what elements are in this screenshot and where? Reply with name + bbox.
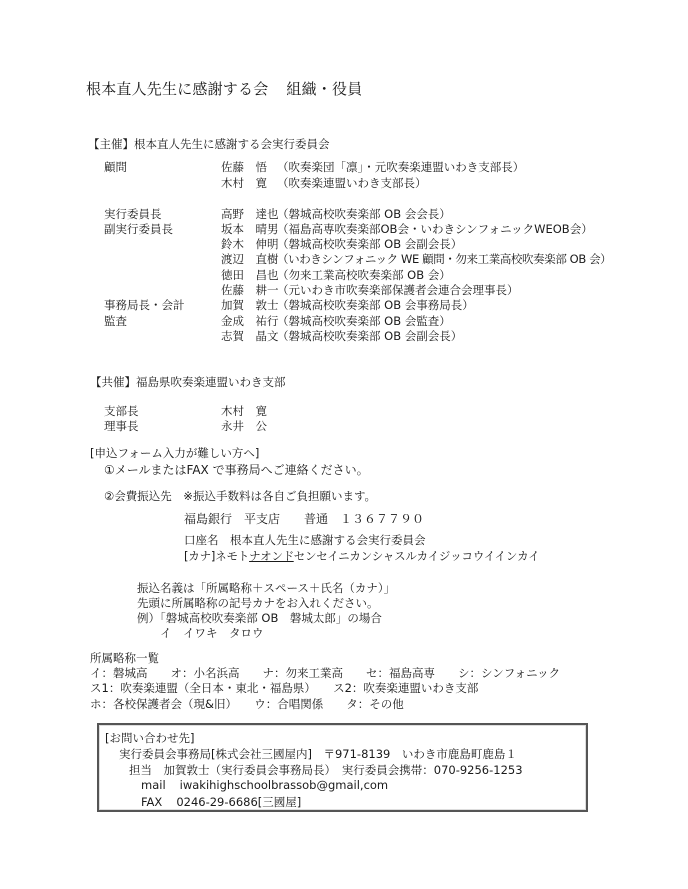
member-name: 高野 達也 bbox=[221, 207, 279, 222]
role-label: 副実行委員長 bbox=[104, 222, 173, 237]
transfer-note: 振込名義は「所属略称＋スペース＋氏名（カナ）」 bbox=[137, 581, 395, 597]
organizer-heading: 【主催】根本直人先生に感謝する会実行委員会 bbox=[88, 136, 330, 152]
contact-office: 実行委員会事務局[株式会社三國屋内] 〒971-8139 いわき市鹿島町鹿島１ bbox=[119, 746, 517, 762]
page-title-sub: 組織・役員 bbox=[286, 80, 362, 98]
contact-mail: mailiwakihighschoolbrassob@gmail,com bbox=[141, 778, 388, 792]
member-name: 鈴木 伸明 bbox=[221, 237, 279, 252]
fax-number: 0246-29-6686[三國屋] bbox=[176, 795, 301, 809]
member-name: 志賀 晶文 bbox=[221, 329, 279, 344]
member-affiliation: （磐城高校吹奏楽部 OB 会副会長） bbox=[277, 329, 462, 344]
member-affiliation: （元いわき市吹奏楽部保護者会連合会理事長） bbox=[277, 283, 519, 298]
member-affiliation: （勿来工業高校吹奏楽部 OB 会） bbox=[277, 268, 451, 283]
mail-label: mail bbox=[141, 778, 166, 792]
kana-suffix: センセイニカンシャスルカイジッコウイインカイ bbox=[294, 549, 540, 563]
contact-box: [お問い合わせ先] 実行委員会事務局[株式会社三國屋内] 〒971-8139 い… bbox=[97, 723, 588, 812]
member-affiliation: （磐城高校吹奏楽部 OB 会副会長） bbox=[277, 237, 462, 252]
contact-person: 担当 加賀敦士（実行委員会事務局長） 実行委員会携帯：070-9256-1253 bbox=[129, 762, 523, 778]
role-label: 支部長 bbox=[104, 404, 139, 419]
member-affiliation: （吹奏楽団「凛」・元吹奏楽連盟いわき支部長） bbox=[277, 160, 524, 175]
member-name: 坂本 晴男 bbox=[221, 222, 279, 237]
transfer-note: 先頭に所属略称の記号カナをお入れください。 bbox=[137, 596, 379, 612]
transfer-note: 例）「磐城高校吹奏楽部 OB 磐城太郎」の場合 bbox=[137, 611, 382, 627]
application-heading: [申込フォーム入力が難しい方へ] bbox=[90, 446, 259, 462]
page-title: 根本直人先生に感謝する会組織・役員 bbox=[86, 78, 362, 99]
role-label: 顧問 bbox=[104, 160, 127, 175]
application-step-2: ②会費振込先 ※振込手数料は各自ご負担願います。 bbox=[104, 489, 376, 505]
role-label: 監査 bbox=[104, 314, 127, 329]
member-name: 木村 寛 bbox=[221, 176, 267, 191]
member-affiliation: （吹奏楽連盟いわき支部長） bbox=[277, 176, 427, 191]
member-name: 金成 祐行 bbox=[221, 314, 279, 329]
cosponsor-heading: 【共催】福島県吹奏楽連盟いわき支部 bbox=[90, 374, 286, 390]
member-affiliation: （磐城高校吹奏楽部 OB 会会長） bbox=[277, 207, 451, 222]
page-title-main: 根本直人先生に感謝する会 bbox=[86, 80, 268, 98]
role-label: 事務局長・会計 bbox=[104, 298, 185, 313]
member-affiliation: （福島高専吹奏楽部OB会・いわきシンフォニックWEOB会） bbox=[277, 222, 593, 237]
contact-heading: [お問い合わせ先] bbox=[105, 730, 194, 746]
role-label: 理事長 bbox=[104, 419, 139, 434]
abbreviations-heading: 所属略称一覧 bbox=[90, 651, 159, 667]
member-name: 徳田 昌也 bbox=[221, 268, 279, 283]
application-step-1: ①メールまたはFAX で事務局へご連絡ください。 bbox=[104, 463, 369, 479]
member-name: 木村 寛 bbox=[221, 404, 267, 419]
member-affiliation: （いわきシンフォニック WE 顧問・勿来工業高校吹奏楽部 OB 会） bbox=[277, 252, 611, 267]
bank-account-name: 口座名 根本直人先生に感謝する会実行委員会 bbox=[184, 533, 426, 549]
abbreviation-line: ホ：各校保護者会（現&旧） ウ：合唱関係 タ：その他 bbox=[90, 697, 404, 713]
member-name: 加賀 敦士 bbox=[221, 298, 279, 313]
transfer-note: イ イワキ タロウ bbox=[137, 626, 264, 642]
role-label: 実行委員長 bbox=[104, 207, 162, 222]
member-name: 永井 公 bbox=[221, 419, 267, 434]
mail-address[interactable]: iwakihighschoolbrassob@gmail,com bbox=[180, 778, 389, 792]
fax-label: FAX bbox=[141, 795, 162, 809]
bank-account-kana: [カナ]ネモトナオンドセンセイニカンシャスルカイジッコウイインカイ bbox=[184, 549, 539, 565]
kana-underlined: ナオンド bbox=[249, 549, 294, 563]
member-name: 渡辺 直樹 bbox=[221, 252, 279, 267]
kana-prefix: [カナ]ネモト bbox=[184, 549, 249, 563]
member-name: 佐藤 悟 bbox=[221, 160, 267, 175]
member-name: 佐藤 耕一 bbox=[221, 283, 279, 298]
member-affiliation: （磐城高校吹奏楽部 OB 会監査） bbox=[277, 314, 451, 329]
abbreviation-line: イ：磐城高 オ：小名浜高 ナ：勿来工業高 セ：福島高専 シ：シンフォニック bbox=[90, 666, 560, 682]
abbreviation-line: ス1：吹奏楽連盟（全日本・東北・福島県） ス2：吹奏楽連盟いわき支部 bbox=[90, 681, 478, 697]
bank-account-line: 福島銀行 平支店 普通 １３６７７９０ bbox=[184, 512, 424, 528]
member-affiliation: （磐城高校吹奏楽部 OB 会事務局長） bbox=[277, 298, 474, 313]
contact-fax: FAX0246-29-6686[三國屋] bbox=[141, 794, 301, 810]
